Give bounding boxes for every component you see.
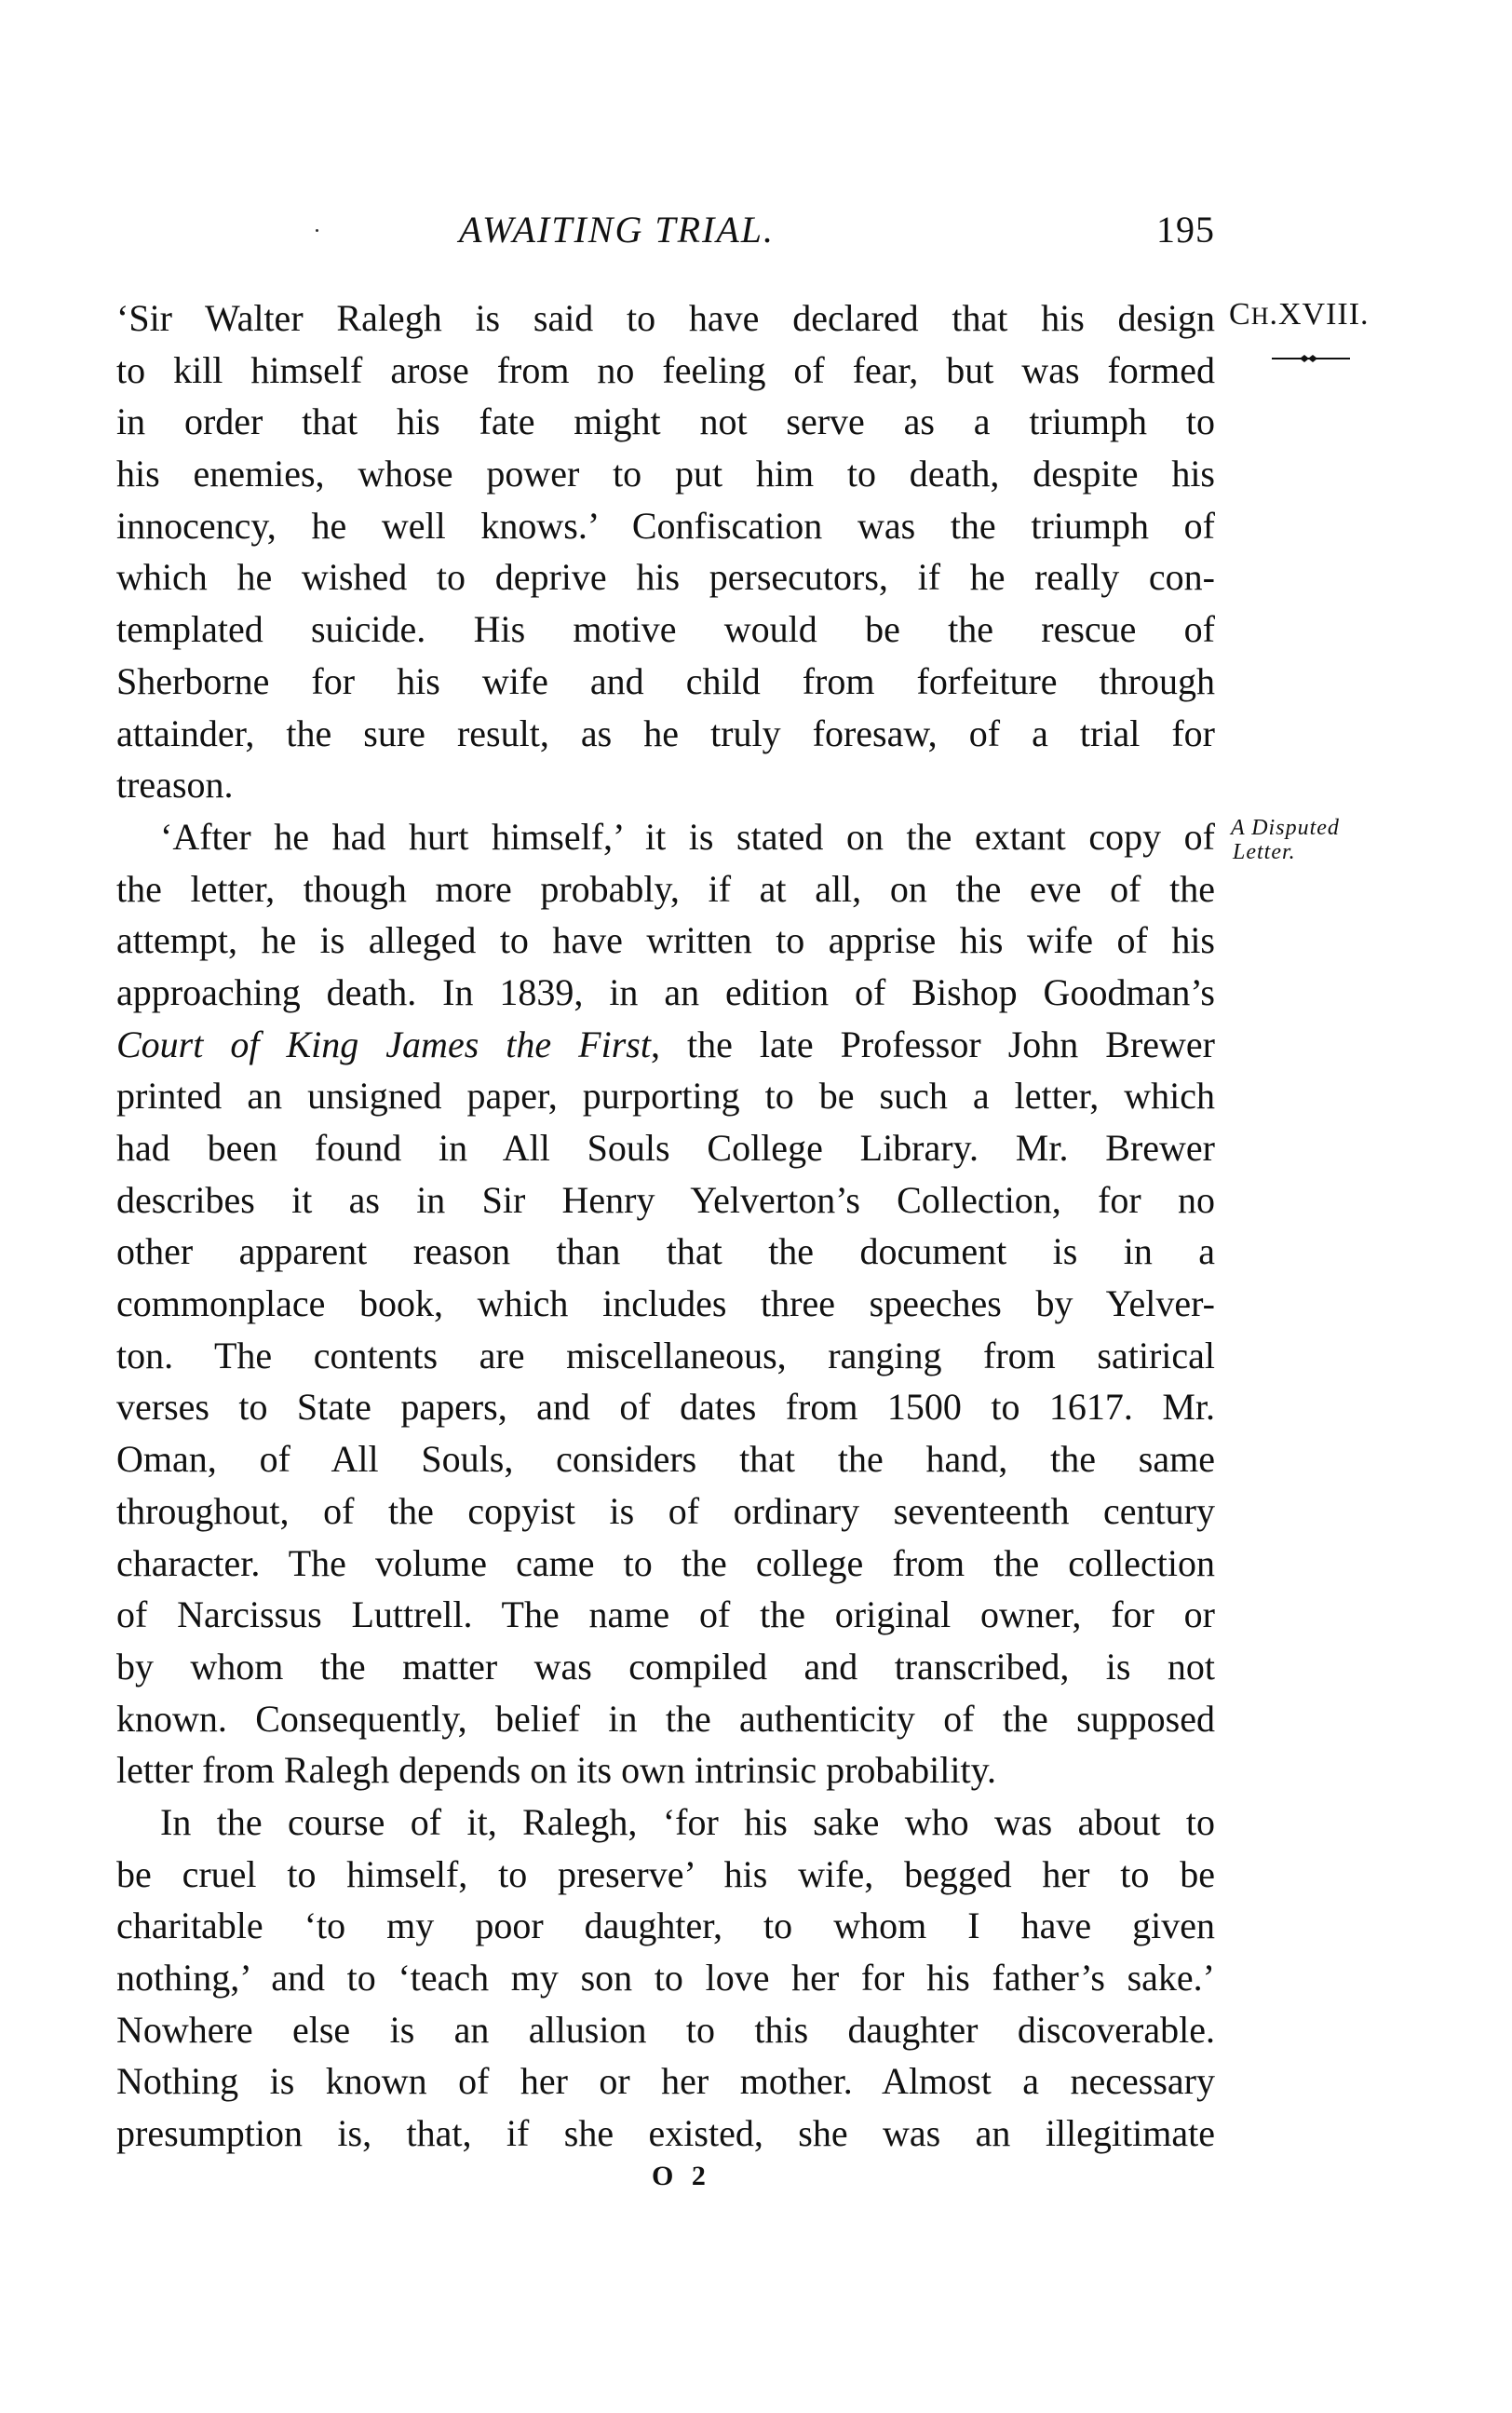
text-line: letter from Ralegh depends on its own in…	[116, 1744, 1215, 1796]
text-line: attainder, the sure result, as he truly …	[116, 708, 1215, 760]
text-line: treason.	[116, 759, 1215, 811]
chapter-prefix: C	[1229, 297, 1251, 332]
text-line: other apparent reason than that the docu…	[116, 1226, 1215, 1278]
text-line: Oman, of All Souls, considers that the h…	[116, 1433, 1215, 1485]
text-line-with-book-title: Court of King James the First, the late …	[116, 1019, 1215, 1071]
text-line: attempt, he is alleged to have written t…	[116, 915, 1215, 967]
page-number: 195	[1156, 207, 1215, 253]
text-line: printed an unsigned paper, purporting to…	[116, 1070, 1215, 1122]
text-line: innocency, he well knows.’ Confiscation …	[116, 500, 1215, 552]
text-line: ton. The contents are miscellaneous, ran…	[116, 1330, 1215, 1382]
signature-mark: O 2	[652, 2161, 711, 2192]
text-line: throughout, of the copyist is of ordinar…	[116, 1485, 1215, 1538]
text-line: commonplace book, which includes three s…	[116, 1278, 1215, 1330]
text-line: be cruel to himself, to preserve’ his wi…	[116, 1849, 1215, 1901]
text-line: charitable ‘to my poor daughter, to whom…	[116, 1900, 1215, 1952]
marginal-note-line-1: A Disputed	[1231, 816, 1340, 840]
text-line: presumption is, that, if she existed, sh…	[116, 2108, 1215, 2160]
chapter-number: .XVIII.	[1269, 297, 1369, 332]
text-line: nothing,’ and to ‘teach my son to love h…	[116, 1952, 1215, 2004]
text-line: had been found in All Souls College Libr…	[116, 1122, 1215, 1174]
text-line: describes it as in Sir Henry Yelverton’s…	[116, 1174, 1215, 1227]
text-line: approaching death. In 1839, in an editio…	[116, 967, 1215, 1019]
text-line: known. Consequently, belief in the authe…	[116, 1693, 1215, 1745]
text-line: by whom the matter was compiled and tran…	[116, 1641, 1215, 1693]
marginal-note-disputed-letter: A Disputed Letter.	[1231, 816, 1340, 864]
chapter-smallcaps: H	[1251, 303, 1270, 330]
text-line: Nowhere else is an allusion to this daug…	[116, 2004, 1215, 2056]
paragraph-start-line: ‘After he had hurt himself,’ it is state…	[116, 811, 1215, 863]
text-line: ‘Sir Walter Ralegh is said to have decla…	[116, 292, 1215, 345]
text-line: to kill himself arose from no feeling of…	[116, 345, 1215, 397]
ornament-rule-icon	[1272, 355, 1350, 362]
book-title: Court of King James the First	[116, 1023, 651, 1065]
text-line: character. The volume came to the colleg…	[116, 1538, 1215, 1590]
running-title: AWAITING TRIAL.	[459, 207, 775, 253]
text-line: verses to State papers, and of dates fro…	[116, 1381, 1215, 1433]
ink-speck	[316, 229, 318, 232]
text-fragment: the late Professor John Brewer	[687, 1023, 1215, 1065]
text-line: which he wished to deprive his persecuto…	[116, 551, 1215, 603]
text-line: the letter, though more probably, if at …	[116, 863, 1215, 915]
text-line: Nothing is known of her or her mother. A…	[116, 2055, 1215, 2108]
text-line: of Narcissus Luttrell. The name of the o…	[116, 1589, 1215, 1641]
text-line: in order that his fate might not serve a…	[116, 396, 1215, 448]
comma: ,	[651, 1023, 660, 1065]
marginal-note-line-2: Letter.	[1231, 840, 1340, 864]
running-head: AWAITING TRIAL. 195	[116, 207, 1215, 253]
text-line: templated suicide. His motive would be t…	[116, 603, 1215, 656]
chapter-marginal: CH.XVIII.	[1229, 296, 1370, 335]
text-line: his enemies, whose power to put him to d…	[116, 448, 1215, 500]
body-text: ‘Sir Walter Ralegh is said to have decla…	[116, 292, 1215, 2160]
paragraph-start-line: In the course of it, Ralegh, ‘for his sa…	[116, 1796, 1215, 1849]
text-line: Sherborne for his wife and child from fo…	[116, 656, 1215, 708]
